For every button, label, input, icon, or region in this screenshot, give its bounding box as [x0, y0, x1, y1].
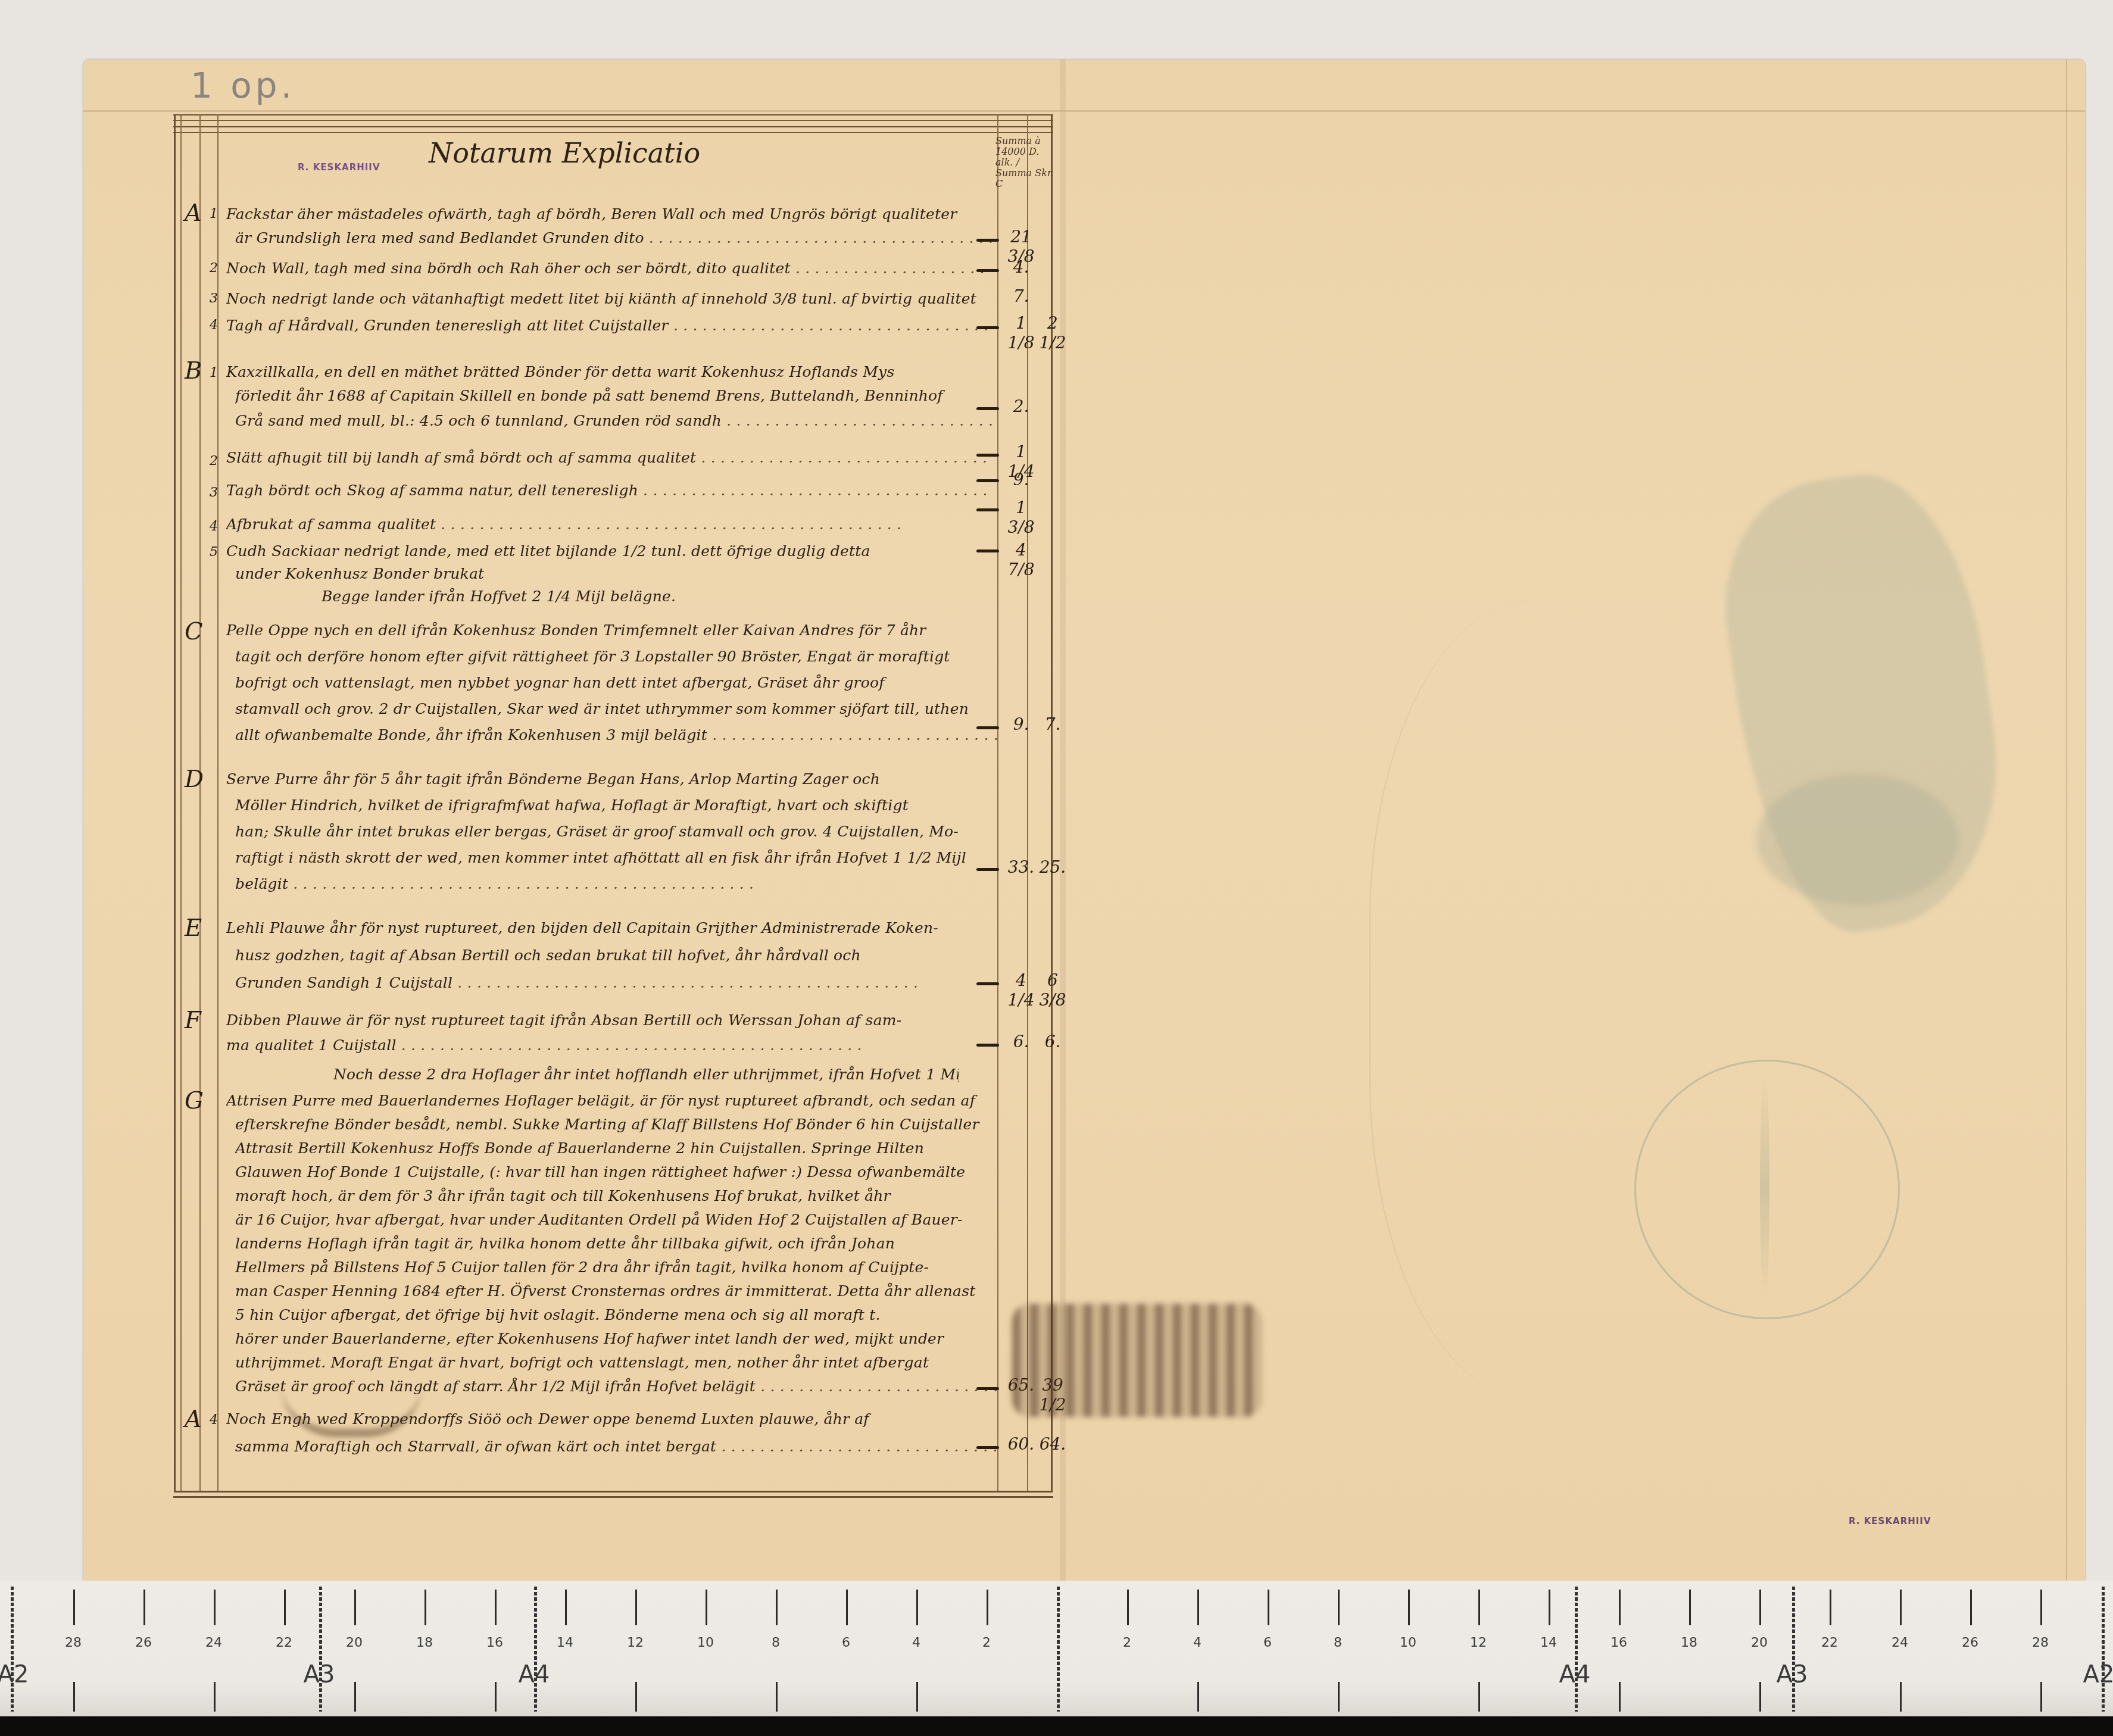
- section-letter: A: [185, 199, 202, 227]
- ruler-tick-bottom: [635, 1682, 637, 1712]
- ruler-label: 8: [764, 1635, 788, 1650]
- ruler-label: 16: [1607, 1635, 1631, 1650]
- ruler-label: 8: [1326, 1635, 1350, 1650]
- ruler-tick: [1970, 1590, 1972, 1625]
- section-letter: C: [185, 618, 203, 645]
- entry-text: Grå sand med mull, bl.: 4.5 och 6 tunnla…: [235, 412, 997, 429]
- entry-text: husz godzhen, tagit af Absan Bertill och…: [235, 947, 997, 964]
- entry-number: 4: [210, 318, 218, 333]
- ruler-a3-marker-right: [1792, 1587, 1795, 1712]
- leader-dash: [976, 454, 999, 457]
- ruler-tick: [1478, 1590, 1480, 1625]
- ruler-tick-bottom: [1900, 1682, 1902, 1712]
- entry-number: 1: [210, 366, 218, 380]
- entry-text: landerns Hoflagh ifrån tagit är, hvilka …: [235, 1235, 997, 1252]
- ruler-tick: [1549, 1590, 1550, 1625]
- entry-number: 4: [210, 519, 218, 534]
- entry-text: Dibben Plauwe är för nyst ruptureet tagi…: [226, 1011, 988, 1029]
- value-col-1: 9.: [1003, 714, 1039, 734]
- leader-dash: [976, 868, 999, 871]
- ledger-letter-column-rule: [199, 114, 201, 1491]
- ruler-tick-bottom: [1759, 1682, 1761, 1712]
- leader-dash: [976, 326, 999, 329]
- entry-text: Noch Wall, tagh med sina bördh och Rah ö…: [226, 260, 988, 277]
- ruler-label: 18: [1677, 1635, 1701, 1650]
- ruler-tick-bottom: [1197, 1682, 1199, 1712]
- entry-text: Grunden Sandigh 1 Cuijstall: [235, 974, 997, 991]
- entry-text: Hellmers på Billstens Hof 5 Cuijor talle…: [235, 1259, 997, 1276]
- entry-text: bofrigt och vattenslagt, men nybbet yogn…: [235, 674, 997, 691]
- ruler-tick-bottom: [1338, 1682, 1340, 1712]
- ruler-tick-bottom: [2040, 1682, 2042, 1712]
- value-col-2: 25.: [1035, 857, 1070, 877]
- ruler-tick-bottom: [1619, 1682, 1621, 1712]
- leader-dash: [976, 239, 999, 242]
- entry-text: efterskrefne Bönder besådt, nembl. Sukke…: [235, 1116, 997, 1133]
- entry-number: 1: [210, 207, 218, 221]
- ruler-label: 10: [1396, 1635, 1420, 1650]
- leader-dash: [976, 479, 999, 482]
- entry-number: 2: [210, 261, 218, 276]
- entry-number: 3: [210, 485, 218, 500]
- ledger-top-rule: [173, 114, 1053, 115]
- ruler-format-label: A3: [1768, 1661, 1816, 1688]
- entry-text: Slätt afhugit till bij landh af små börd…: [226, 449, 988, 466]
- ruler-tick: [1619, 1590, 1621, 1625]
- ledger-bottom-rule: [173, 1496, 1053, 1498]
- ruler-format-label: A4: [1551, 1661, 1599, 1688]
- ruler-label: 24: [202, 1635, 226, 1650]
- entry-text: Afbrukat af samma qualitet: [226, 516, 988, 533]
- archive-stamp: R. KESKARHIIV: [298, 162, 380, 173]
- ruler-format-label: A2: [2075, 1661, 2113, 1688]
- entry-text: förledit åhr 1688 af Capitain Skillell e…: [235, 387, 997, 404]
- compass-rose-icon: [1634, 1060, 1900, 1319]
- ruler-tick: [1197, 1590, 1199, 1625]
- ruler-label: 22: [272, 1635, 296, 1650]
- value-col-1: 6.: [1003, 1032, 1039, 1051]
- archive-stamp-2: R. KESKARHIIV: [1849, 1516, 1931, 1526]
- ruler-a2-marker-left: [11, 1587, 14, 1712]
- ruler-tick: [425, 1590, 426, 1625]
- entry-number: 3: [210, 291, 218, 306]
- paper-fold-top: [83, 110, 2085, 112]
- value-col-1: 4 1/4: [1003, 970, 1039, 1010]
- leader-dash: [976, 549, 999, 552]
- value-col-2: 2 1/2: [1035, 313, 1070, 352]
- ruler-label: 14: [553, 1635, 577, 1650]
- entry-text: Attrisen Purre med Bauerlandernes Hoflag…: [226, 1092, 988, 1109]
- leader-dash: [976, 982, 999, 985]
- ruler-tick: [73, 1590, 75, 1625]
- ruler-tick: [1759, 1590, 1761, 1625]
- ledger-left-margin-rule: [180, 114, 182, 1491]
- ruler-label: 28: [61, 1635, 85, 1650]
- ruler-label: 10: [694, 1635, 717, 1650]
- ruler-a4-marker-left: [534, 1587, 537, 1712]
- section-letter: G: [185, 1087, 204, 1114]
- value-col-1: 1 1/8: [1003, 313, 1039, 352]
- ink-offset-stain: [1012, 1304, 1262, 1417]
- value-col-1: 2.: [1003, 396, 1039, 416]
- ruler-tick-bottom: [73, 1682, 75, 1712]
- ruler-label: 16: [483, 1635, 507, 1650]
- entry-text: Glauwen Hof Bonde 1 Cuijstalle, (: hvar …: [235, 1163, 997, 1181]
- ruler-label: 12: [623, 1635, 647, 1650]
- value-col-1: 4 7/8: [1003, 540, 1039, 579]
- entry-text: Fackstar äher mästadeles ofwärth, tagh a…: [226, 205, 988, 223]
- ruler-label: 6: [834, 1635, 858, 1650]
- ruler-tick: [1338, 1590, 1340, 1625]
- pencil-folio-mark: 1 op.: [191, 65, 295, 106]
- value-col-1: 9.: [1003, 470, 1039, 489]
- ruler-label: 2: [1115, 1635, 1139, 1650]
- entry-text: Tagh af Hårdvall, Grunden teneresligh at…: [226, 317, 988, 334]
- entry-text: moraft hoch, är dem för 3 åhr ifrån tagi…: [235, 1187, 997, 1204]
- entry-text: Begge lander ifrån Hoffvet 2 1/4 Mijl be…: [322, 588, 1084, 605]
- ruler-center-marker: [1057, 1587, 1060, 1712]
- entry-text: ma qualitet 1 Cuijstall: [226, 1036, 988, 1054]
- ruler-label: 4: [904, 1635, 928, 1650]
- section-letter: F: [185, 1007, 201, 1034]
- ruler-tick: [1127, 1590, 1129, 1625]
- ruler-tick: [354, 1590, 356, 1625]
- ruler-label: 6: [1256, 1635, 1279, 1650]
- bleed-through-map-shape-2: [1756, 774, 1959, 905]
- entry-text: Kaxzillkalla, en dell en mäthet brätted …: [226, 363, 988, 380]
- measurement-ruler: 28 26 24 22 20 18 16 14 12 10 8 6 4 2 2 …: [0, 1581, 2113, 1716]
- entry-text: stamvall och grov. 2 dr Cuijstallen, Ska…: [235, 700, 997, 717]
- paper-right-margin-line: [2066, 60, 2067, 1584]
- entry-note: Noch desse 2 dra Hoflager åhr intet hoff…: [333, 1066, 959, 1083]
- ruler-tick-bottom: [1478, 1682, 1480, 1712]
- value-col-2: 7.: [1035, 714, 1070, 734]
- entry-number: 4: [210, 1413, 218, 1428]
- ruler-tick: [284, 1590, 286, 1625]
- ruler-label: 20: [1747, 1635, 1771, 1650]
- ruler-a2-marker-right: [2102, 1587, 2105, 1712]
- value-col-1: 4.: [1003, 257, 1039, 277]
- entry-text: raftigt i nästh skrott der wed, men komm…: [235, 849, 997, 866]
- entry-text: man Casper Henning 1684 efter H. Öfverst…: [235, 1282, 997, 1300]
- value-col-2: 6 3/8: [1035, 970, 1070, 1010]
- entry-text: Cudh Sackiaar nedrigt lande, med ett lit…: [226, 542, 988, 560]
- entry-text: Serve Purre åhr för 5 åhr tagit ifrån Bö…: [226, 770, 988, 788]
- leader-dash: [976, 1446, 999, 1449]
- ledger-top-rule-4: [173, 132, 1053, 133]
- value-column-header: Summa à 14000 D. alk. / Summa Skr. C: [995, 136, 1055, 189]
- entry-text: han; Skulle åhr intet brukas eller berga…: [235, 823, 997, 840]
- section-letter: A: [185, 1406, 202, 1433]
- entry-text: Noch nedrigt lande och vätanhaftigt mede…: [226, 290, 988, 307]
- ruler-format-label: A4: [510, 1661, 558, 1688]
- entry-number: 2: [210, 454, 218, 469]
- entry-text: uthrijmmet. Moraft Engat är hvart, bofri…: [235, 1354, 997, 1371]
- entry-text: under Kokenhusz Bonder brukat: [235, 565, 997, 582]
- value-col-2: 6.: [1035, 1032, 1070, 1051]
- entry-text: Tagh bördt och Skog af samma natur, dell…: [226, 482, 988, 499]
- leader-dash: [976, 1387, 999, 1390]
- ruler-tick: [495, 1590, 497, 1625]
- ruler-tick: [1830, 1590, 1831, 1625]
- entry-text: tagit och derföre honom efter gifvit rät…: [235, 648, 997, 665]
- entry-text: belägit: [235, 875, 997, 892]
- leader-dash: [976, 269, 999, 272]
- section-letter: B: [185, 357, 202, 385]
- ruler-tick-bottom: [495, 1682, 497, 1712]
- ruler-tick: [1900, 1590, 1902, 1625]
- entry-text: allt ofwanbemalte Bonde, åhr ifrån Koken…: [235, 726, 997, 744]
- ruler-tick: [916, 1590, 918, 1625]
- page-title: Notarum Explicatio: [429, 137, 700, 169]
- section-letter: D: [185, 766, 204, 793]
- ruler-tick: [1408, 1590, 1410, 1625]
- compass-needle-icon: [1760, 1073, 1769, 1300]
- ruler-label: 20: [342, 1635, 366, 1650]
- leader-dash: [976, 726, 999, 729]
- ruler-label: 18: [413, 1635, 436, 1650]
- leader-dash: [976, 1044, 999, 1047]
- value-col-1: 7.: [1003, 286, 1039, 306]
- scanner-edge: [0, 1716, 2113, 1736]
- ruler-tick-bottom: [916, 1682, 918, 1712]
- ruler-label: 26: [132, 1635, 155, 1650]
- ruler-label: 4: [1185, 1635, 1209, 1650]
- value-col-1: 1 3/8: [1003, 498, 1039, 537]
- value-col-2: 64.: [1035, 1434, 1070, 1454]
- entry-number: 5: [210, 545, 218, 560]
- ruler-tick: [987, 1590, 988, 1625]
- ruler-format-label: A3: [295, 1661, 343, 1688]
- ruler-a4-marker-right: [1575, 1587, 1578, 1712]
- ledger-value-column-rule-1: [997, 114, 998, 1491]
- ruler-label: 24: [1888, 1635, 1912, 1650]
- value-col-1: 60.: [1003, 1434, 1039, 1454]
- ruler-label: 12: [1466, 1635, 1490, 1650]
- ruler-tick-bottom: [214, 1682, 216, 1712]
- ruler-tick: [706, 1590, 707, 1625]
- ruler-tick: [776, 1590, 778, 1625]
- ledger-top-rule-2: [173, 120, 1053, 121]
- leader-dash: [976, 407, 999, 410]
- ruler-tick: [214, 1590, 216, 1625]
- entry-text: 5 hin Cuijor afbergat, det öfrige bij hv…: [235, 1306, 997, 1323]
- entry-text: Möller Hindrich, hvilket de ifrigrafmfwa…: [235, 797, 997, 814]
- ruler-tick: [846, 1590, 848, 1625]
- ruler-tick: [1268, 1590, 1269, 1625]
- ruler-label: 22: [1818, 1635, 1842, 1650]
- entry-text: samma Moraftigh och Starrvall, är ofwan …: [235, 1438, 997, 1455]
- ruler-tick: [2040, 1590, 2042, 1625]
- ruler-tick-bottom: [354, 1682, 356, 1712]
- entry-text: är 16 Cuijor, hvar afbergat, hvar under …: [235, 1211, 997, 1228]
- ruler-tick: [143, 1590, 145, 1625]
- entry-text: Pelle Oppe nych en dell ifrån Kokenhusz …: [226, 622, 988, 639]
- entry-text: hörer under Bauerlanderne, efter Kokenhu…: [235, 1330, 997, 1347]
- ruler-tick-bottom: [776, 1682, 778, 1712]
- ruler-format-label: A2: [0, 1661, 37, 1688]
- ruler-label: 14: [1537, 1635, 1560, 1650]
- ruler-tick: [1689, 1590, 1691, 1625]
- entry-text: Lehli Plauwe åhr för nyst ruptureet, den…: [226, 919, 988, 936]
- ruler-label: 26: [1958, 1635, 1982, 1650]
- ledger-top-rule-3: [173, 126, 1053, 127]
- leader-dash: [976, 508, 999, 511]
- entry-text: Attrasit Bertill Kokenhusz Hoffs Bonde a…: [235, 1139, 997, 1157]
- entry-text: är Grundsligh lera med sand Bedlandet Gr…: [235, 229, 997, 246]
- ruler-label: 28: [2028, 1635, 2052, 1650]
- ruler-tick: [635, 1590, 637, 1625]
- section-letter: E: [185, 914, 202, 942]
- ruler-tick: [565, 1590, 567, 1625]
- ruler-label: 2: [975, 1635, 998, 1650]
- value-col-1: 33.: [1003, 857, 1039, 877]
- ruler-a3-marker-left: [319, 1587, 322, 1712]
